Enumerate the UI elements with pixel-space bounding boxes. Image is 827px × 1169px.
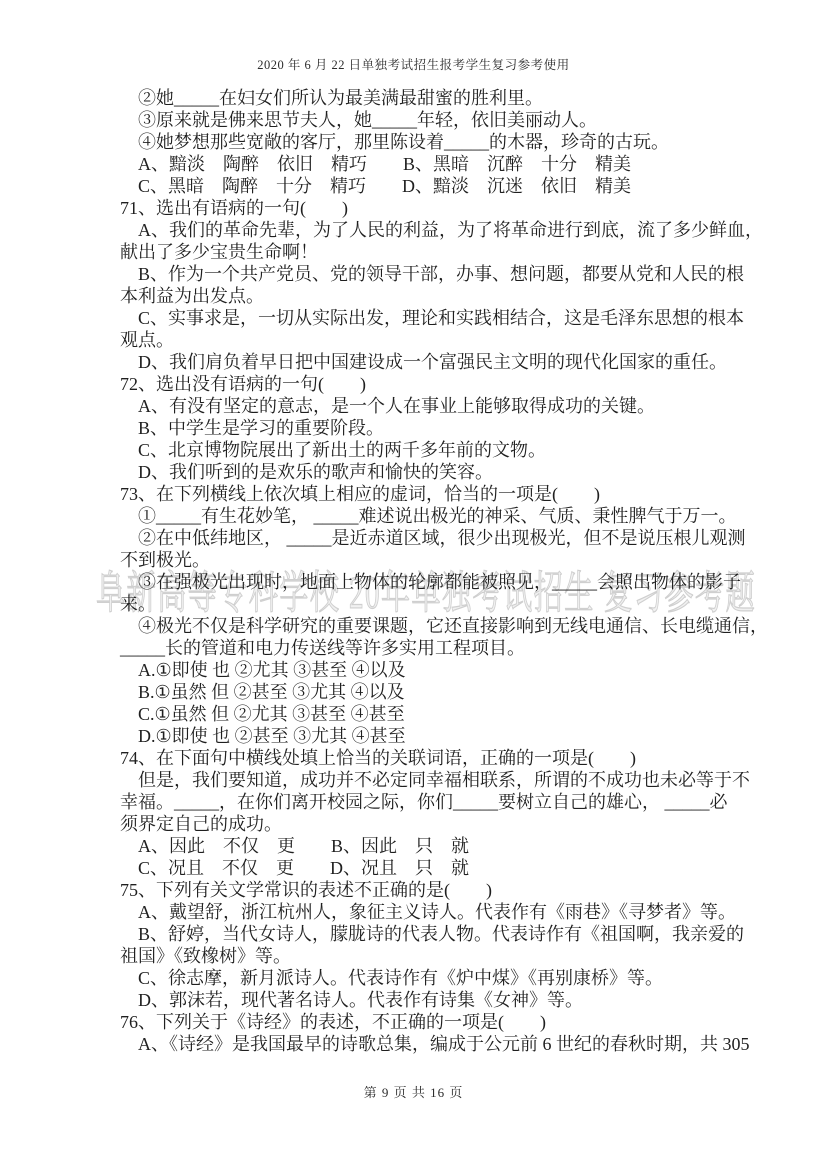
text-line: 但是，我们要知道，成功并不必定同幸福相联系，所谓的不成功也未必等于不 [120,769,788,791]
text-line: A.①即使 也 ②尤其 ③甚至 ④以及 [120,659,788,681]
text-line: 74、在下面句中横线处填上恰当的关联词语，正确的一项是( ) [120,747,788,769]
text-line: 须界定自己的成功。 [120,813,788,835]
page-header: 2020 年 6 月 22 日单独考试招生报考学生复习参考使用 [0,55,827,73]
text-line: A、《诗经》是我国最早的诗歌总集，编成于公元前 6 世纪的春秋时期，共 305 [120,1033,788,1055]
document-body: ②她_____在妇女们所认为最美满最甜蜜的胜利里。③原来就是佛来思节夫人，她__… [120,87,788,1055]
text-line: ④她梦想那些宽敞的客厅，那里陈设着_____的木器，珍奇的古玩。 [120,131,788,153]
text-line: A、有没有坚定的意志，是一个人在事业上能够取得成功的关键。 [120,395,788,417]
page-footer: 第 9 页 共 16 页 [0,1082,827,1101]
text-line: C、北京博物院展出了新出土的两千多年前的文物。 [120,439,788,461]
text-line: 祖国》《致橡树》等。 [120,945,788,967]
text-line: 71、选出有语病的一句( ) [120,197,788,219]
text-line: C、况且 不仅 更 D、况且 只 就 [120,857,788,879]
text-line: C、实事求是，一切从实际出发，理论和实践相结合，这是毛泽东思想的根本 [120,307,788,329]
text-line: A、戴望舒，浙江杭州人，象征主义诗人。代表作有《雨巷》《寻梦者》等。 [120,901,788,923]
text-line: ③原来就是佛来思节夫人，她_____年轻，依旧美丽动人。 [120,109,788,131]
text-line: ③在强极光出现时，地面上物体的轮廓都能被照见，_____会照出物体的影子 [120,571,788,593]
text-line: B、中学生是学习的重要阶段。 [120,417,788,439]
text-line: 76、下列关于《诗经》的表述，不正确的一项是( ) [120,1011,788,1033]
text-line: D、郭沫若，现代著名诗人。代表作有诗集《女神》等。 [120,989,788,1011]
text-line: 73、在下列横线上依次填上相应的虚词，恰当的一项是( ) [120,483,788,505]
text-line: ②她_____在妇女们所认为最美满最甜蜜的胜利里。 [120,87,788,109]
text-line: 75、下列有关文学常识的表述不正确的是( ) [120,879,788,901]
text-line: 来。 [120,593,788,615]
text-line: 观点。 [120,329,788,351]
text-line: A、因此 不仅 更 B、因此 只 就 [120,835,788,857]
text-line: B、作为一个共产党员、党的领导干部，办事、想问题，都要从党和人民的根 [120,263,788,285]
text-line: 本利益为出发点。 [120,285,788,307]
text-line: C、黑暗 陶醉 十分 精巧 D、黯淡 沉迷 依旧 精美 [120,175,788,197]
text-line: C.①虽然 但 ②尤其 ③甚至 ④甚至 [120,703,788,725]
text-line: A、我们的革命先辈，为了人民的利益，为了将革命进行到底，流了多少鲜血， [120,219,788,241]
text-line: 不到极光。 [120,549,788,571]
text-line: C、徐志摩，新月派诗人。代表诗作有《炉中煤》《再别康桥》等。 [120,967,788,989]
text-line: 72、选出没有语病的一句( ) [120,373,788,395]
text-line: B.①虽然 但 ②甚至 ③尤其 ④以及 [120,681,788,703]
text-line: B、舒婷，当代女诗人，朦胧诗的代表人物。代表诗作有《祖国啊，我亲爱的 [120,923,788,945]
text-line: ④极光不仅是科学研究的重要课题，它还直接影响到无线电通信、长电缆通信， [120,615,788,637]
text-line: ①_____有生花妙笔， _____难述说出极光的神采、气质、秉性脾气于万一。 [120,505,788,527]
text-line: D、我们肩负着早日把中国建设成一个富强民主文明的现代化国家的重任。 [120,351,788,373]
text-line: 幸福。_____，在你们离开校园之际，你们_____要树立自己的雄心， ____… [120,791,788,813]
exam-document-page: 2020 年 6 月 22 日单独考试招生报考学生复习参考使用 阜新高等专科学校… [0,0,827,1169]
text-line: D.①即使 也 ②甚至 ③尤其 ④甚至 [120,725,788,747]
text-line: _____长的管道和电力传送线等许多实用工程项目。 [120,637,788,659]
text-line: A、黯淡 陶醉 依旧 精巧 B、黑暗 沉醉 十分 精美 [120,153,788,175]
text-line: 献出了多少宝贵生命啊！ [120,241,788,263]
text-line: ②在中低纬地区， _____是近赤道区域，很少出现极光，但不是说压根儿观测 [120,527,788,549]
text-line: D、我们听到的是欢乐的歌声和愉快的笑容。 [120,461,788,483]
